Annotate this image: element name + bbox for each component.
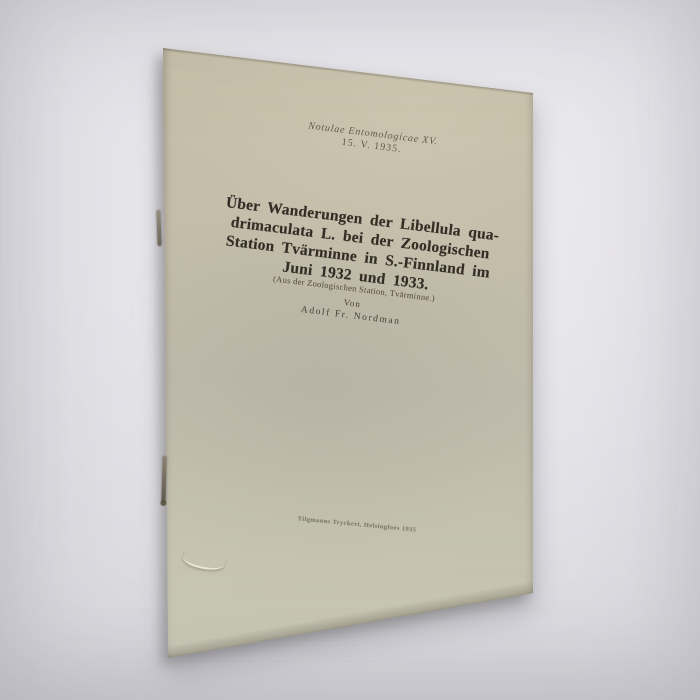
staple-end: [160, 500, 166, 506]
scratch-mark: [182, 548, 227, 574]
photo-stage: Notulae Entomologicae XV. 15. V. 1935. Ü…: [0, 0, 700, 700]
staple-top: [156, 210, 161, 246]
booklet-cover: Notulae Entomologicae XV. 15. V. 1935. Ü…: [163, 48, 533, 658]
cover-text-block: Notulae Entomologicae XV. 15. V. 1935. Ü…: [155, 106, 542, 554]
photo: { "photo": { "description": "Photograph …: [0, 0, 700, 700]
booklet: Notulae Entomologicae XV. 15. V. 1935. Ü…: [163, 48, 533, 658]
